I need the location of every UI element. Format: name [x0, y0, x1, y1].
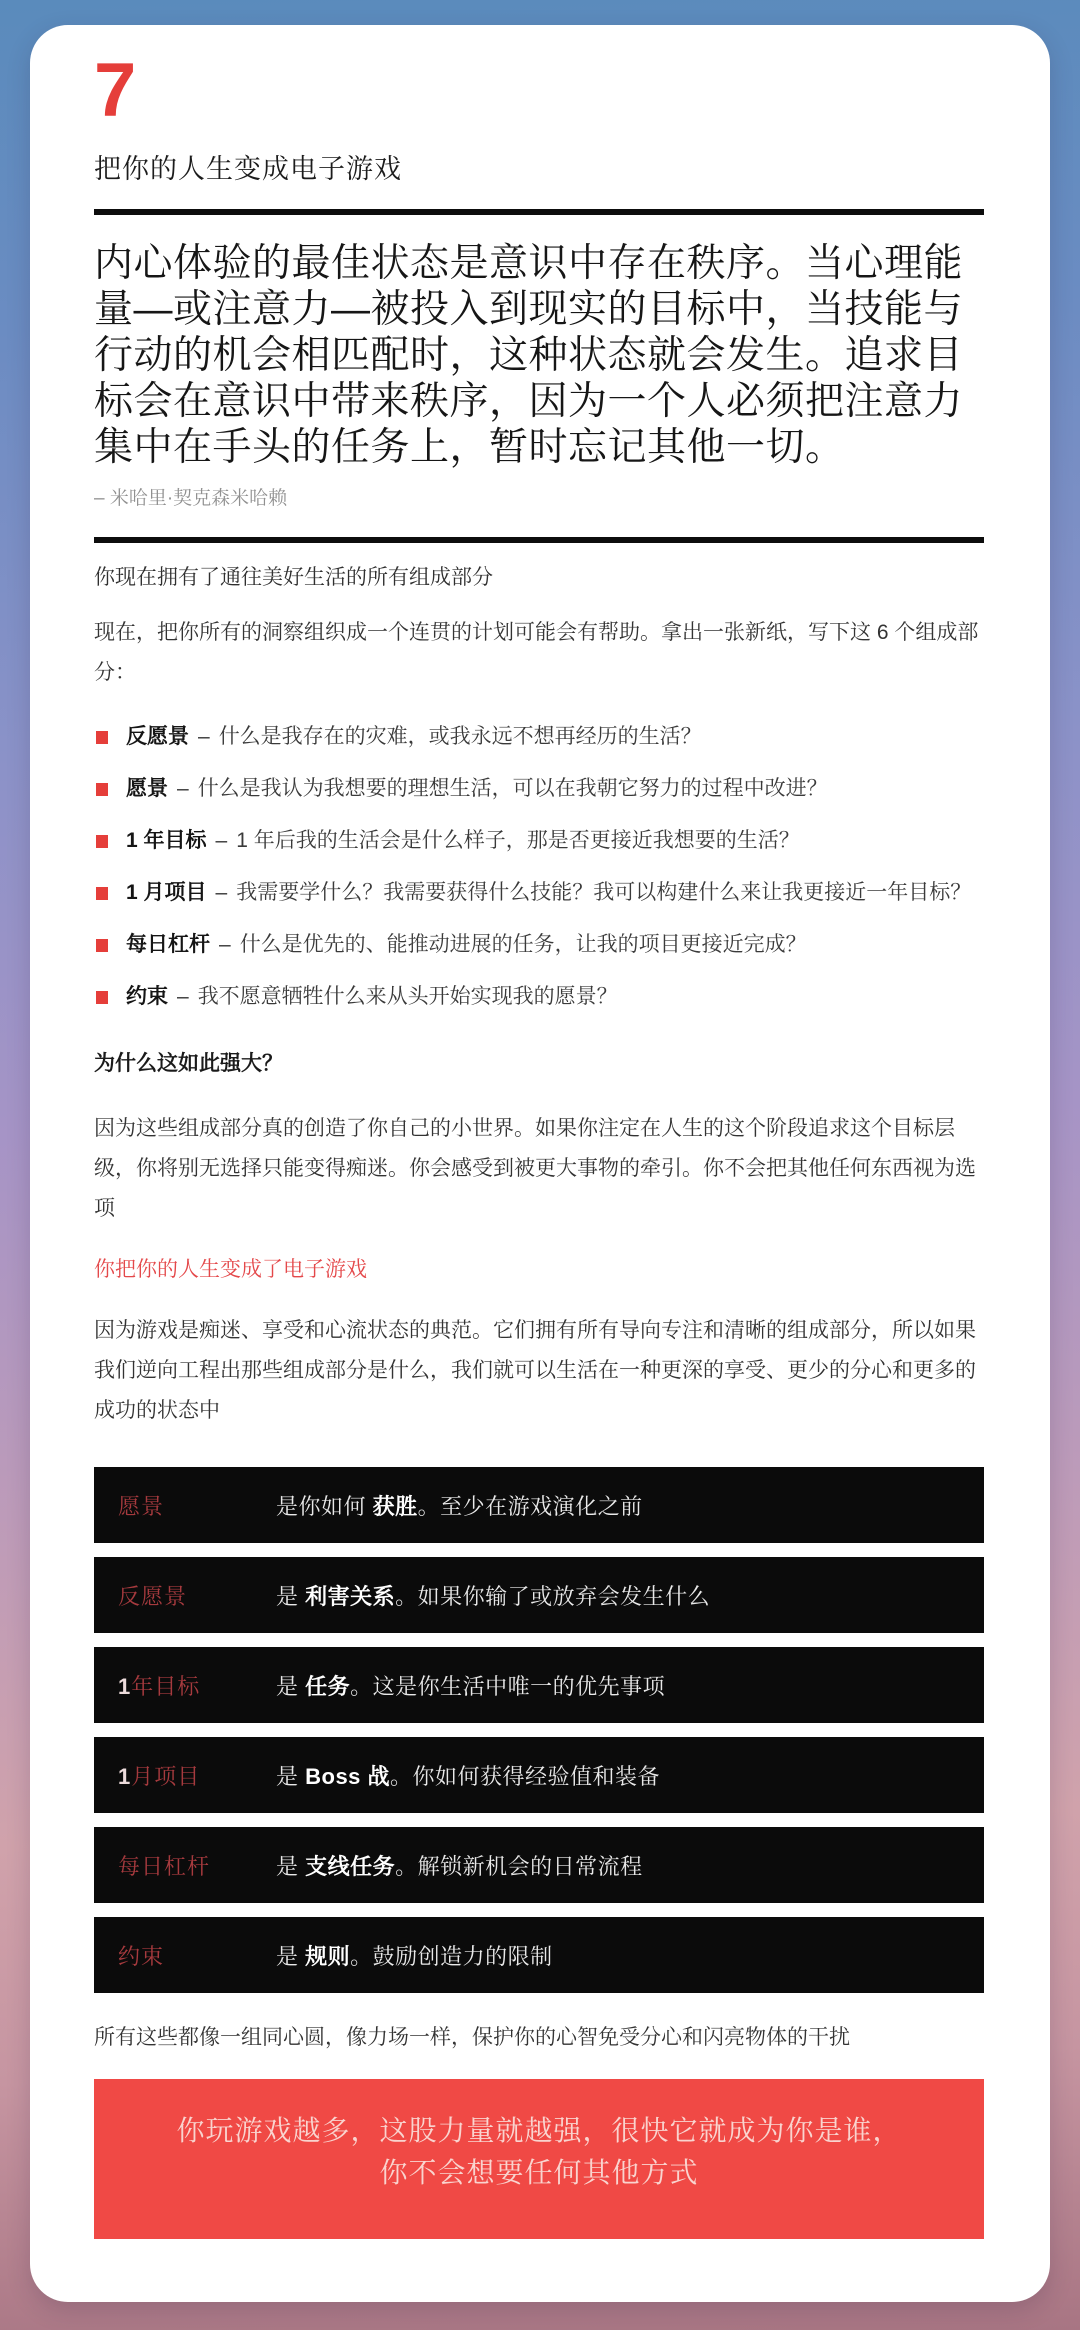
bullet-square-icon [96, 887, 108, 900]
lead-text: 你现在拥有了通往美好生活的所有组成部分 [94, 563, 984, 593]
item-dash: – [177, 777, 189, 800]
table-row: 反愿景 是 利害关系。如果你输了或放弃会发生什么 [94, 1557, 984, 1633]
row-desc-bold: 获胜 [373, 1494, 418, 1519]
item-description: 什么是我存在的灾难，或我永远不想再经历的生活？ [219, 725, 702, 748]
row-description: 是 Boss 战。你如何获得经验值和装备 [276, 1760, 960, 1791]
bullet-square-icon [96, 731, 108, 744]
row-label-text: 每日杠杆 [118, 1854, 210, 1879]
row-label-number: 1 [118, 1674, 131, 1699]
row-desc-bold: 利害关系 [305, 1584, 395, 1609]
row-label-text: 年目标 [131, 1674, 200, 1699]
quote-banner: 你玩游戏越多，这股力量就越强，很快它就成为你是谁， 你不会想要任何其他方式 [94, 2079, 984, 2239]
intro-paragraph: 现在，把你所有的洞察组织成一个连贯的计划可能会有帮助。拿出一张新纸，写下这 6 … [94, 613, 984, 693]
highlight-link[interactable]: 你把你的人生变成了电子游戏 [94, 1255, 984, 1285]
row-desc-post: 。鼓励创造力的限制 [350, 1944, 553, 1969]
table-row: 约束 是 规则。鼓励创造力的限制 [94, 1917, 984, 1993]
row-label: 每日杠杆 [118, 1850, 276, 1881]
row-desc-bold: Boss 战 [305, 1764, 390, 1789]
row-desc-bold: 支线任务 [305, 1854, 395, 1879]
item-term: 每日杠杆 [126, 933, 210, 956]
list-item: 愿景–什么是我认为我想要的理想生活，可以在我朝它努力的过程中改进？ [94, 775, 984, 803]
row-desc-pre: 是你如何 [276, 1494, 373, 1519]
flow-paragraph: 因为游戏是痴迷、享受和心流状态的典范。它们拥有所有导向专注和清晰的组成部分，所以… [94, 1311, 984, 1431]
list-item-text: 1 月项目–我需要学什么？我需要获得什么技能？我可以构建什么来让我更接近一年目标… [126, 879, 971, 907]
quote-text: 内心体验的最佳状态是意识中存在秩序。当心理能量—或注意力—被投入到现实的目标中，… [94, 241, 984, 471]
list-item: 1 年目标–1 年后我的生活会是什么样子，那是否更接近我想要的生活？ [94, 827, 984, 855]
item-dash: – [198, 725, 210, 748]
why-heading: 为什么这如此强大？ [94, 1049, 984, 1079]
row-label-text: 愿景 [118, 1494, 164, 1519]
row-description: 是你如何 获胜。至少在游戏演化之前 [276, 1490, 960, 1521]
row-label: 愿景 [118, 1490, 276, 1521]
item-dash: – [216, 829, 228, 852]
row-description: 是 任务。这是你生活中唯一的优先事项 [276, 1670, 960, 1701]
item-term: 约束 [126, 985, 168, 1008]
list-item: 每日杠杆–什么是优先的、能推动进展的任务，让我的项目更接近完成？ [94, 931, 984, 959]
list-item: 反愿景–什么是我存在的灾难，或我永远不想再经历的生活？ [94, 723, 984, 751]
row-description: 是 规则。鼓励创造力的限制 [276, 1940, 960, 1971]
item-term: 1 年目标 [126, 829, 207, 852]
row-label: 1月项目 [118, 1760, 276, 1791]
list-item-text: 反愿景–什么是我存在的灾难，或我永远不想再经历的生活？ [126, 723, 702, 751]
row-label: 反愿景 [118, 1580, 276, 1611]
mapping-table: 愿景 是你如何 获胜。至少在游戏演化之前 反愿景 是 利害关系。如果你输了或放弃… [94, 1467, 984, 1993]
row-label: 1年目标 [118, 1670, 276, 1701]
item-dash: – [219, 933, 231, 956]
row-description: 是 支线任务。解锁新机会的日常流程 [276, 1850, 960, 1881]
gradient-background: 7 把你的人生变成电子游戏 内心体验的最佳状态是意识中存在秩序。当心理能量—或注… [0, 0, 1080, 2330]
list-item: 约束–我不愿意牺牲什么来从头开始实现我的愿景？ [94, 983, 984, 1011]
table-row: 1月项目 是 Boss 战。你如何获得经验值和装备 [94, 1737, 984, 1813]
item-description: 我不愿意牺牲什么来从头开始实现我的愿景？ [198, 985, 618, 1008]
item-description: 1 年后我的生活会是什么样子，那是否更接近我想要的生活？ [236, 829, 800, 852]
row-label: 约束 [118, 1940, 276, 1971]
row-desc-post: 。你如何获得经验值和装备 [390, 1764, 660, 1789]
closing-text: 所有这些都像一组同心圆，像力场一样，保护你的心智免受分心和闪亮物体的干扰 [94, 2023, 984, 2053]
row-label-text: 约束 [118, 1944, 164, 1969]
row-desc-post: 。至少在游戏演化之前 [418, 1494, 643, 1519]
row-desc-pre: 是 [276, 1584, 305, 1609]
item-term: 愿景 [126, 777, 168, 800]
row-desc-pre: 是 [276, 1674, 305, 1699]
row-label-number: 1 [118, 1764, 131, 1789]
row-description: 是 利害关系。如果你输了或放弃会发生什么 [276, 1580, 960, 1611]
item-term: 1 月项目 [126, 881, 207, 904]
table-row: 每日杠杆 是 支线任务。解锁新机会的日常流程 [94, 1827, 984, 1903]
item-dash: – [216, 881, 228, 904]
bullet-square-icon [96, 939, 108, 952]
row-desc-post: 。如果你输了或放弃会发生什么 [395, 1584, 710, 1609]
item-description: 什么是优先的、能推动进展的任务，让我的项目更接近完成？ [240, 933, 807, 956]
banner-line-2: 你不会想要任何其他方式 [379, 2152, 698, 2194]
list-item-text: 愿景–什么是我认为我想要的理想生活，可以在我朝它努力的过程中改进？ [126, 775, 828, 803]
bullet-square-icon [96, 991, 108, 1004]
row-label-text: 反愿景 [118, 1584, 187, 1609]
banner-line-1: 你玩游戏越多，这股力量就越强，很快它就成为你是谁， [176, 2110, 901, 2152]
item-term: 反愿景 [126, 725, 189, 748]
page-card: 7 把你的人生变成电子游戏 内心体验的最佳状态是意识中存在秩序。当心理能量—或注… [30, 25, 1050, 2302]
page-title: 把你的人生变成电子游戏 [94, 153, 984, 185]
list-item-text: 约束–我不愿意牺牲什么来从头开始实现我的愿景？ [126, 983, 618, 1011]
item-description: 什么是我认为我想要的理想生活，可以在我朝它努力的过程中改进？ [198, 777, 828, 800]
row-label-text: 月项目 [131, 1764, 200, 1789]
table-row: 愿景 是你如何 获胜。至少在游戏演化之前 [94, 1467, 984, 1543]
row-desc-post: 。这是你生活中唯一的优先事项 [350, 1674, 665, 1699]
table-row: 1年目标 是 任务。这是你生活中唯一的优先事项 [94, 1647, 984, 1723]
list-item-text: 每日杠杆–什么是优先的、能推动进展的任务，让我的项目更接近完成？ [126, 931, 807, 959]
list-item-text: 1 年目标–1 年后我的生活会是什么样子，那是否更接近我想要的生活？ [126, 827, 800, 855]
list-item: 1 月项目–我需要学什么？我需要获得什么技能？我可以构建什么来让我更接近一年目标… [94, 879, 984, 907]
components-list: 反愿景–什么是我存在的灾难，或我永远不想再经历的生活？ 愿景–什么是我认为我想要… [94, 723, 984, 1011]
row-desc-pre: 是 [276, 1764, 305, 1789]
divider-top [94, 209, 984, 215]
row-desc-post: 。解锁新机会的日常流程 [395, 1854, 643, 1879]
row-desc-bold: 规则 [305, 1944, 350, 1969]
item-description: 我需要学什么？我需要获得什么技能？我可以构建什么来让我更接近一年目标？ [236, 881, 971, 904]
bullet-square-icon [96, 835, 108, 848]
row-desc-pre: 是 [276, 1854, 305, 1879]
row-desc-bold: 任务 [305, 1674, 350, 1699]
quote-attribution: – 米哈里·契克森米哈赖 [94, 487, 984, 511]
divider-mid [94, 537, 984, 543]
why-paragraph: 因为这些组成部分真的创造了你自己的小世界。如果你注定在人生的这个阶段追求这个目标… [94, 1109, 984, 1229]
row-desc-pre: 是 [276, 1944, 305, 1969]
item-dash: – [177, 985, 189, 1008]
chapter-number: 7 [94, 55, 984, 127]
bullet-square-icon [96, 783, 108, 796]
